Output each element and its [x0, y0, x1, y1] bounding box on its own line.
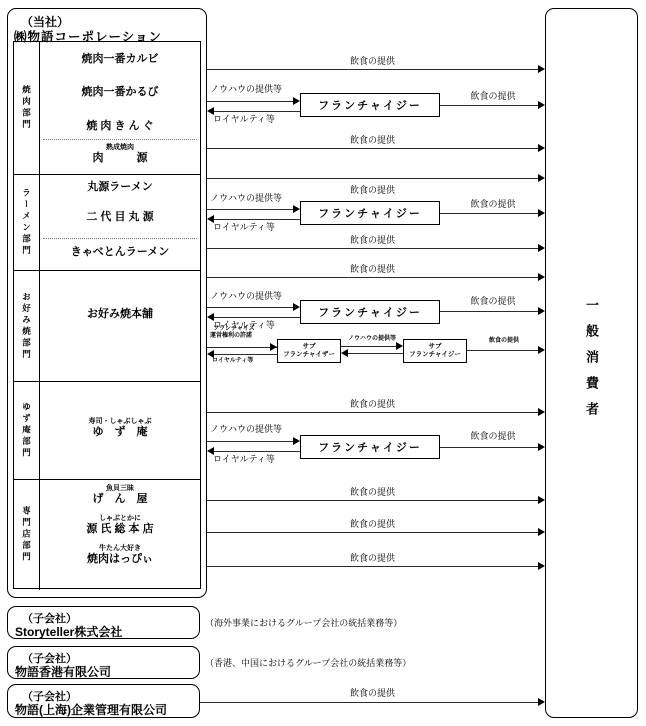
arrow-right-icon	[538, 346, 545, 354]
flow-line	[207, 566, 538, 567]
parent-company-box: （当社） ㈱物語コーポレーション 焼肉部門 焼肉一番カルビ 焼肉一番かるび 焼 …	[7, 8, 207, 598]
dept-name-yuzuan: ゆず庵部門	[21, 402, 33, 460]
franchisee-box: フランチャイジー	[300, 201, 440, 225]
brand-okonomiyaki-honpo: お好み焼本舗	[40, 308, 200, 321]
brand-note: 熟成焼肉	[40, 143, 200, 152]
arrow-right-icon	[538, 528, 545, 536]
flow-line	[440, 311, 538, 312]
flow-line	[213, 354, 277, 355]
label-royalty: ロイヤルティ等	[213, 114, 275, 125]
section-okonomiyaki: お好み焼部門 お好み焼本舗	[14, 270, 200, 381]
consumer-label: 一般消費者	[582, 298, 601, 428]
label-food-provision: 飲食の提供	[448, 91, 538, 102]
sub-franchisee-box: サブ フランチャイジー	[403, 339, 467, 363]
section-senmonten: 専門店部門 魚貝三昧 げ ん 屋 しゃぶとかに 源 氏 総 本 店 牛たん大好き…	[14, 479, 200, 590]
sub-franchisee-line1: サブ	[429, 343, 442, 351]
dept-cell: ゆず庵部門	[14, 382, 40, 479]
brand-label: 肉 源	[93, 152, 148, 164]
subsidiary-storyteller-box: （子会社） Storyteller株式会社	[7, 606, 200, 639]
label-food-provision: 飲食の提供	[207, 135, 538, 146]
label-knowhow: ノウハウの提供等	[210, 424, 282, 435]
label-food-provision: 飲食の提供	[207, 235, 538, 246]
dept-cell: 専門店部門	[14, 480, 40, 590]
consumer-box: 一般消費者	[545, 8, 638, 718]
dept-name-ramen: ラーメン部門	[21, 188, 33, 257]
arrow-left-icon	[207, 350, 214, 358]
arrow-right-icon	[538, 144, 545, 152]
flow-line	[207, 412, 538, 413]
label-food-provision: 飲食の提供	[448, 296, 538, 307]
flow-line	[207, 500, 538, 501]
brand-cell: 魚貝三昧 げ ん 屋 しゃぶとかに 源 氏 総 本 店 牛たん大好き 焼肉はっぴ…	[40, 480, 200, 590]
arrow-right-icon	[538, 174, 545, 182]
brand-yakiniku-ichiban-karubi-hira: 焼肉一番かるび	[40, 86, 200, 99]
arrow-right-icon	[538, 443, 545, 451]
dept-name-okonomiyaki: お好み焼部門	[21, 292, 33, 361]
flow-line	[213, 451, 300, 452]
dept-cell: ラーメン部門	[14, 175, 40, 270]
label-franchise-grant-2: 運営権利の許諾	[210, 333, 252, 340]
flow-line	[207, 209, 294, 210]
flow-line	[207, 347, 277, 348]
arrow-right-icon	[293, 97, 300, 105]
flow-line	[207, 532, 538, 533]
brand-cell: 焼肉一番カルビ 焼肉一番かるび 焼 肉 き ん ぐ 熟成焼肉 肉 源	[40, 42, 200, 174]
flow-line	[440, 213, 538, 214]
brand-note: 寿司・しゃぶしゃぶ	[40, 417, 200, 426]
label-food-provision: 飲食の提供	[448, 199, 538, 210]
brand-label: 焼肉はっぴぃ	[87, 553, 153, 565]
brand-cell: 寿司・しゃぶしゃぶ ゆ ず 庵	[40, 382, 200, 479]
arrow-right-icon	[538, 101, 545, 109]
dept-cell: 焼肉部門	[14, 42, 40, 174]
arrow-right-icon	[538, 65, 545, 73]
flow-line	[440, 105, 538, 106]
arrow-right-icon	[293, 205, 300, 213]
brand-cell: お好み焼本舗	[40, 271, 200, 381]
brand-nidaime-marugen: 二 代 目 丸 源	[40, 211, 200, 224]
brand-yakiniku-king: 焼 肉 き ん ぐ	[40, 120, 200, 133]
section-yuzuan: ゆず庵部門 寿司・しゃぶしゃぶ ゆ ず 庵	[14, 381, 200, 479]
subsidiary-shanghai-box: （子会社） 物語(上海)企業管理有限公司	[7, 684, 200, 718]
department-table: 焼肉部門 焼肉一番カルビ 焼肉一番かるび 焼 肉 き ん ぐ 熟成焼肉 肉 源 …	[13, 41, 201, 589]
arrow-left-icon	[341, 349, 348, 357]
brand-label: ゆ ず 庵	[93, 426, 148, 438]
flow-line	[207, 178, 538, 179]
subsidiary-storyteller-note: （海外事業におけるグループ会社の統括業務等）	[205, 616, 402, 629]
flow-line	[207, 148, 538, 149]
brand-label: 源 氏 総 本 店	[86, 523, 153, 535]
label-royalty: ロイヤルティ等	[213, 222, 275, 233]
dept-cell: お好み焼部門	[14, 271, 40, 381]
label-food-provision: 飲食の提供	[207, 688, 538, 699]
section-yakiniku: 焼肉部門 焼肉一番カルビ 焼肉一番かるび 焼 肉 き ん ぐ 熟成焼肉 肉 源	[14, 42, 200, 174]
flow-line	[347, 353, 403, 354]
sub-franchisee-line2: フランチャイジー	[409, 351, 461, 359]
brand-note: 牛たん大好き	[40, 544, 200, 553]
arrow-right-icon	[538, 562, 545, 570]
subsidiary-name: Storyteller株式会社	[15, 623, 122, 640]
franchisee-box: フランチャイジー	[300, 435, 440, 459]
arrow-right-icon	[293, 303, 300, 311]
flow-line	[207, 441, 294, 442]
sub-franchiser-box: サブ フランチャイザー	[277, 339, 341, 363]
flow-line	[467, 350, 538, 351]
label-royalty: ロイヤルティ等	[213, 454, 275, 465]
flow-line	[213, 219, 300, 220]
label-food-provision: 飲食の提供	[207, 56, 538, 67]
arrow-right-icon	[538, 307, 545, 315]
arrow-right-icon	[270, 343, 277, 351]
arrow-right-icon	[538, 698, 545, 706]
label-knowhow: ノウハウの提供等	[210, 193, 282, 204]
flow-line	[207, 69, 538, 70]
brand-kyabeton-ramen: きゃべとんラーメン	[40, 246, 200, 259]
arrow-right-icon	[293, 437, 300, 445]
franchisee-box: フランチャイジー	[300, 300, 440, 324]
flow-line	[213, 111, 300, 112]
brand-nikugen: 熟成焼肉 肉 源	[40, 143, 200, 165]
label-royalty-sub: ロイヤルティ等	[212, 358, 253, 365]
brand-marugen-ramen: 丸源ラーメン	[40, 181, 200, 194]
flow-line	[200, 702, 538, 703]
arrow-right-icon	[538, 496, 545, 504]
subsidiary-hongkong-box: （子会社） 物語香港有限公司	[7, 646, 200, 679]
brand-genya: 魚貝三昧 げ ん 屋	[40, 484, 200, 506]
label-food-provision: 飲食の提供	[207, 264, 538, 275]
label-food-provision-sub: 飲食の提供	[468, 338, 540, 345]
brand-yakiniku-ichiban-karubi: 焼肉一番カルビ	[40, 53, 200, 66]
arrow-right-icon	[538, 209, 545, 217]
arrow-right-icon	[538, 273, 545, 281]
label-franchise-grant-1: フランチャイズ	[213, 326, 255, 333]
dept-name-yakiniku: 焼肉部門	[21, 85, 33, 131]
sub-franchiser-line2: フランチャイザー	[283, 351, 335, 359]
franchisee-box: フランチャイジー	[300, 93, 440, 117]
label-food-provision: 飲食の提供	[207, 553, 538, 564]
flow-line	[440, 447, 538, 448]
label-knowhow: ノウハウの提供等	[210, 291, 282, 302]
flow-line	[213, 317, 300, 318]
flow-line	[207, 277, 538, 278]
flow-line	[207, 307, 294, 308]
brand-note: 魚貝三昧	[40, 484, 200, 493]
label-food-provision: 飲食の提供	[207, 519, 538, 530]
label-food-provision: 飲食の提供	[207, 399, 538, 410]
label-knowhow: ノウハウの提供等	[210, 84, 282, 95]
arrow-right-icon	[538, 408, 545, 416]
org-structure-diagram: （当社） ㈱物語コーポレーション 焼肉部門 焼肉一番カルビ 焼肉一番かるび 焼 …	[0, 0, 646, 726]
arrow-right-icon	[396, 342, 403, 350]
sub-franchiser-line1: サブ	[303, 343, 316, 351]
section-ramen: ラーメン部門 丸源ラーメン 二 代 目 丸 源 きゃべとんラーメン	[14, 174, 200, 270]
flow-line	[207, 248, 538, 249]
brand-genji-sohonten: しゃぶとかに 源 氏 総 本 店	[40, 514, 200, 536]
label-food-provision: 飲食の提供	[448, 431, 538, 442]
brand-yakiniku-happy: 牛たん大好き 焼肉はっぴぃ	[40, 544, 200, 566]
flow-line	[207, 101, 294, 102]
dotted-divider	[43, 139, 197, 140]
subsidiary-name: 物語(上海)企業管理有限公司	[15, 701, 167, 718]
dept-name-senmonten: 専門店部門	[21, 506, 33, 564]
subsidiary-hongkong-note: （香港、中国におけるグループ会社の統括業務等）	[205, 656, 411, 669]
arrow-right-icon	[538, 244, 545, 252]
label-food-provision: 飲食の提供	[207, 487, 538, 498]
brand-note: しゃぶとかに	[40, 514, 200, 523]
dotted-divider	[43, 238, 197, 239]
brand-label: げ ん 屋	[93, 493, 148, 505]
brand-yuzuan: 寿司・しゃぶしゃぶ ゆ ず 庵	[40, 417, 200, 439]
brand-cell: 丸源ラーメン 二 代 目 丸 源 きゃべとんラーメン	[40, 175, 200, 270]
subsidiary-name: 物語香港有限公司	[15, 663, 111, 680]
flow-line	[341, 346, 396, 347]
